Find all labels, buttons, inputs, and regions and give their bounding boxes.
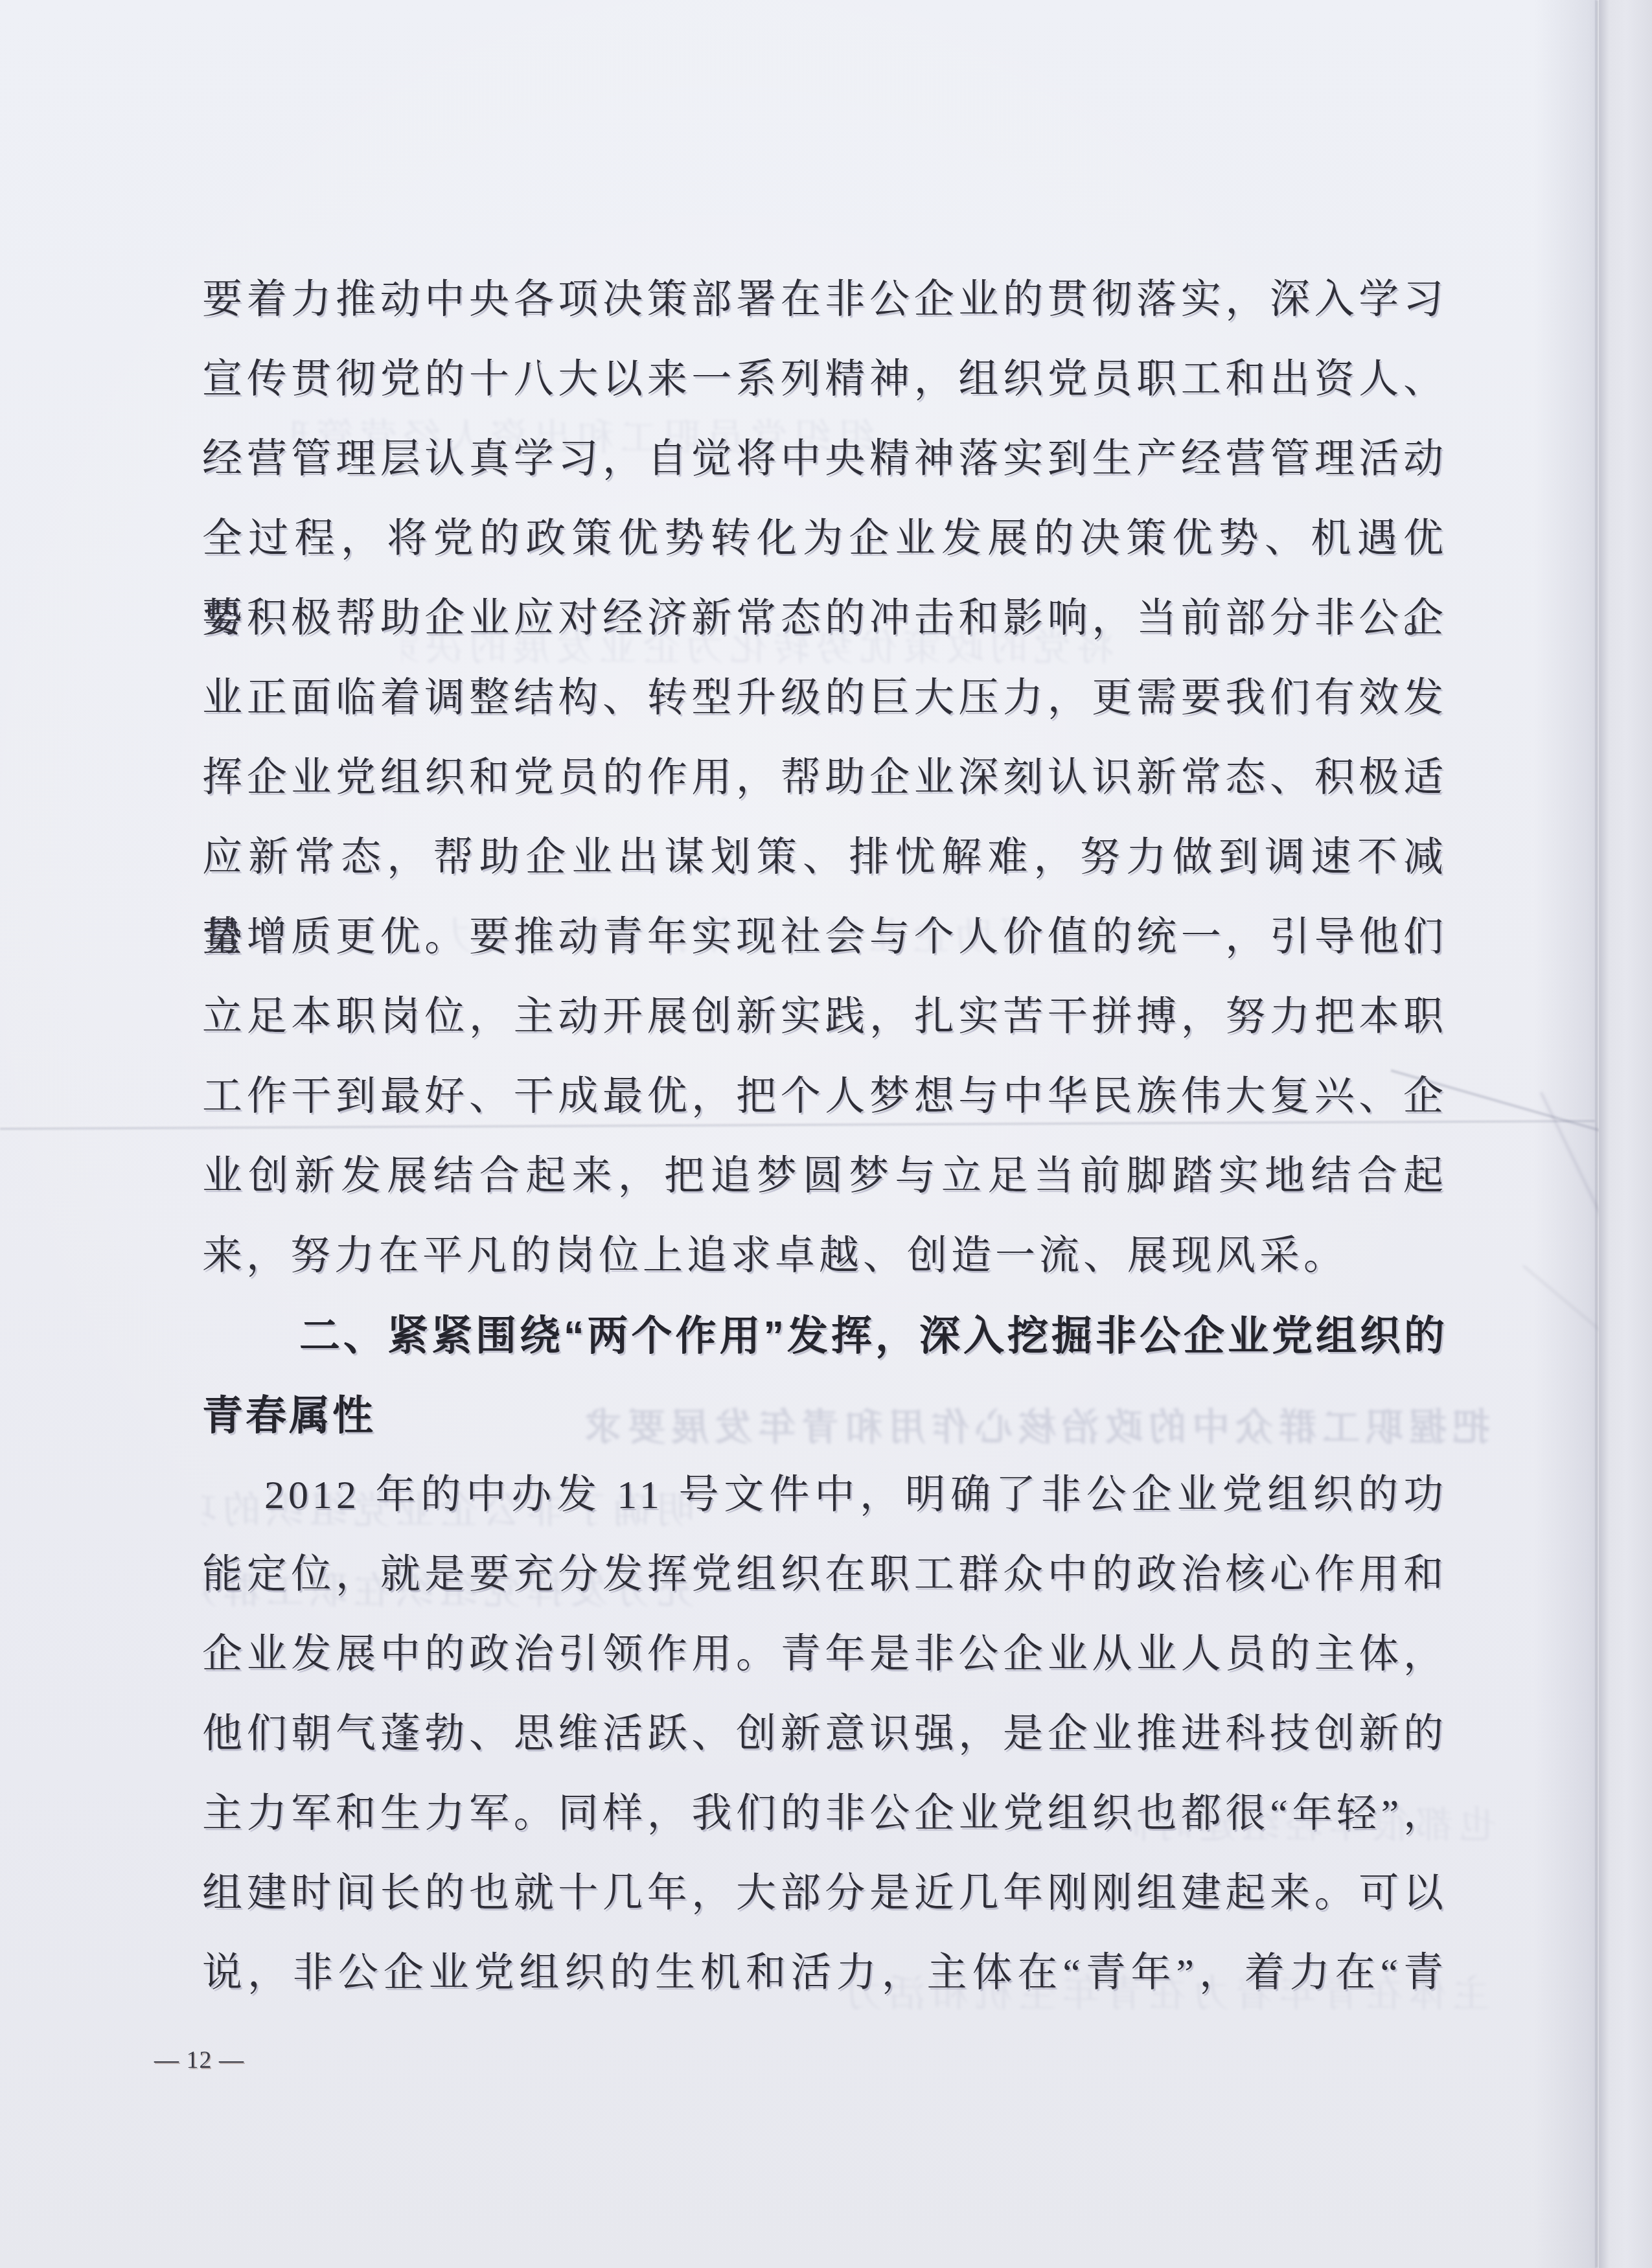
text-line: 二、紧紧围绕“两个作用”发挥，深入挖掘非公企业党组织的	[202, 1296, 1447, 1376]
scanned-document-page: { "document": { "page_number_label": "— …	[0, 0, 1652, 2268]
text-line: 宣传贯彻党的十八大以来一系列精神，组织党员职工和出资人、	[202, 340, 1447, 420]
text-line: 能定位，就是要充分发挥党组织在职工群众中的政治核心作用和	[202, 1535, 1447, 1615]
text-block: 要着力推动中央各项决策部署在非公企业的贯彻落实，深入学习宣传贯彻党的十八大以来一…	[202, 260, 1447, 2013]
text-line: 青春属性	[202, 1376, 1447, 1456]
text-line: 要着力推动中央各项决策部署在非公企业的贯彻落实，深入学习	[202, 260, 1447, 340]
paper-edge-line	[1595, 0, 1599, 2268]
text-line: 量增质更优。要推动青年实现社会与个人价值的统一，引导他们	[202, 898, 1447, 978]
text-line: 2012 年的中办发 11 号文件中，明确了非公企业党组织的功	[202, 1456, 1447, 1535]
text-line: 经营管理层认真学习，自觉将中央精神落实到生产经营管理活动	[202, 420, 1447, 499]
scanner-bed-strip	[1599, 0, 1652, 2268]
text-line: 他们朝气蓬勃、思维活跃、创新意识强，是企业推进科技创新的	[202, 1695, 1447, 1774]
text-line: 全过程，将党的政策优势转化为企业发展的决策优势、机遇优势。	[202, 499, 1447, 579]
text-line: 说，非公企业党组织的生机和活力，主体在“青年”，着力在“青	[202, 1934, 1447, 2013]
text-line: 挥企业党组织和党员的作用，帮助企业深刻认识新常态、积极适	[202, 739, 1447, 818]
page-edge-shadow	[1534, 0, 1596, 2268]
text-line: 应新常态，帮助企业出谋划策、排忧解难，努力做到调速不减势、	[202, 818, 1447, 898]
text-line: 业创新发展结合起来，把追梦圆梦与立足当前脚踏实地结合起	[202, 1137, 1447, 1217]
text-line: 要积极帮助企业应对经济新常态的冲击和影响，当前部分非公企	[202, 579, 1447, 659]
text-line: 立足本职岗位，主动开展创新实践，扎实苦干拼搏，努力把本职	[202, 978, 1447, 1057]
text-line: 主力军和生力军。同样，我们的非公企业党组织也都很“年轻”，	[202, 1774, 1447, 1854]
page-number: — 12 —	[154, 2041, 244, 2079]
text-line: 组建时间长的也就十几年，大部分是近几年刚刚组建起来。可以	[202, 1854, 1447, 1934]
text-line: 业正面临着调整结构、转型升级的巨大压力，更需要我们有效发	[202, 659, 1447, 739]
text-line: 企业发展中的政治引领作用。青年是非公企业从业人员的主体，	[202, 1615, 1447, 1695]
text-line: 来，努力在平凡的岗位上追求卓越、创造一流、展现风采。	[202, 1217, 1447, 1296]
